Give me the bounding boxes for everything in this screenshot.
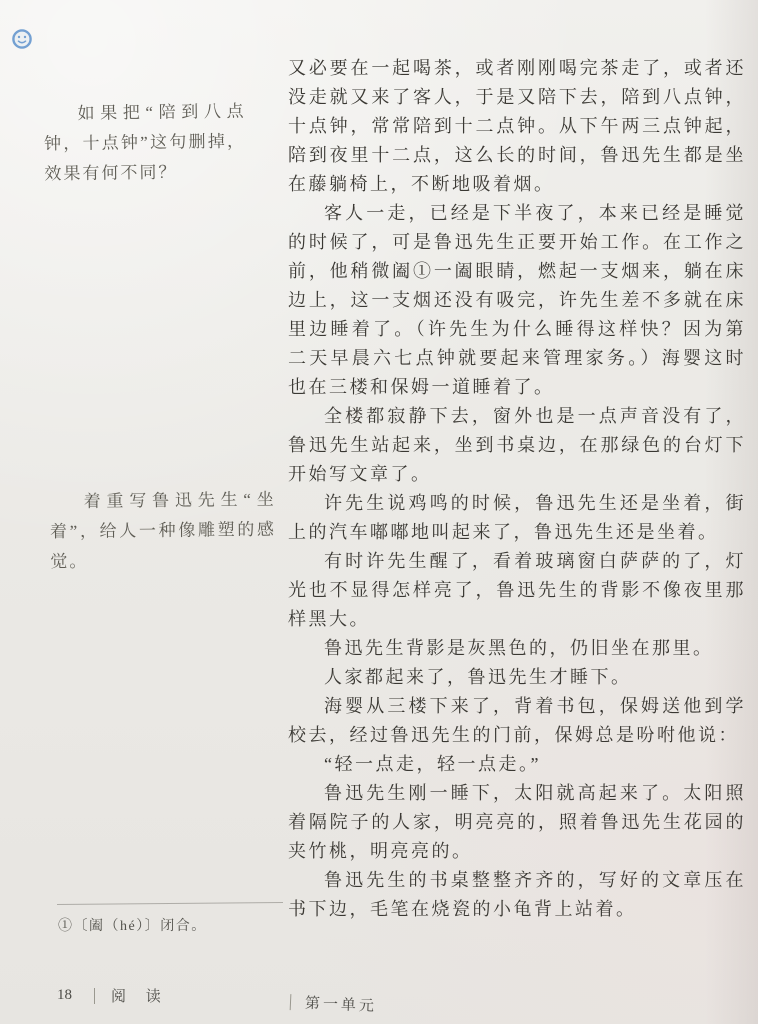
textbook-page: 如果把“陪到八点钟，十点钟”这句删掉，效果有何不同？ 着重写鲁迅先生“坐着”，给… [0,0,758,1024]
smiley-face-icon [11,28,33,50]
footer-unit-divider-bar [290,994,292,1010]
paragraph: 鲁迅先生的书桌整整齐齐的，写好的文章压在书下边，毛笔在烧瓷的小龟背上站着。 [288,866,746,924]
paragraph: 鲁迅先生刚一睡下，太阳就高起来了。太阳照着隔院子的人家，明亮亮的，照着鲁迅先生花… [288,779,746,866]
footer-divider-bar [94,988,95,1004]
margin-note-sitting-comment: 着重写鲁迅先生“坐着”，给人一种像雕塑的感觉。 [50,485,277,577]
main-text-column: 又必要在一起喝茶，或者刚刚喝完茶走了，或者还没走就又来了客人，于是又陪下去，陪到… [288,54,746,924]
footer-section-label: 阅 读 [111,985,169,1006]
footer-unit: 第一单元 [290,991,378,1016]
margin-note-delete-question: 如果把“陪到八点钟，十点钟”这句删掉，效果有何不同？ [43,97,246,190]
paragraph: 许先生说鸡鸣的时候，鲁迅先生还是坐着，街上的汽车嘟嘟地叫起来了，鲁迅先生还是坐着… [288,489,746,547]
page-number: 18 [57,987,72,1004]
paragraph: 客人一走，已经是下半夜了，本来已经是睡觉的时候了，可是鲁迅先生正要开始工作。在工… [288,199,746,402]
footer-left: 18 阅 读 [57,985,169,1006]
paragraph: “轻一点走，轻一点走。” [288,750,746,779]
footer-unit-label: 第一单元 [305,992,378,1016]
paragraph: 海婴从三楼下来了，背着书包，保姆送他到学校去，经过鲁迅先生的门前，保姆总是吩咐他… [288,692,746,750]
paragraph: 人家都起来了，鲁迅先生才睡下。 [288,663,746,692]
footnote-divider [57,902,283,905]
footnote: ①〔阖（hé）〕闭合。 [58,915,207,935]
paragraph: 全楼都寂静下去，窗外也是一点声音没有了，鲁迅先生站起来，坐到书桌边，在那绿色的台… [288,402,746,489]
paragraph: 鲁迅先生背影是灰黑色的，仍旧坐在那里。 [288,634,746,663]
paragraph: 有时许先生醒了，看着玻璃窗白萨萨的了，灯光也不显得怎样亮了，鲁迅先生的背影不像夜… [288,547,746,634]
paragraph: 又必要在一起喝茶，或者刚刚喝完茶走了，或者还没走就又来了客人，于是又陪下去，陪到… [288,54,746,199]
